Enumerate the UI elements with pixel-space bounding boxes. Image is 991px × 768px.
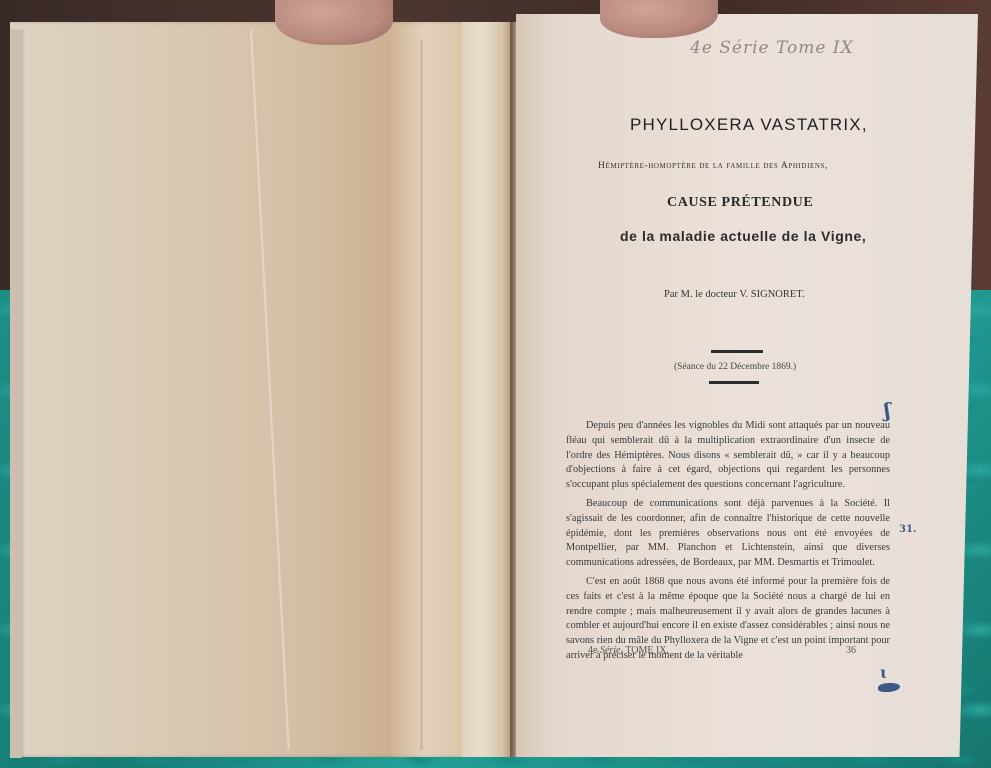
ink-mark: ɩ — [880, 663, 886, 682]
article-subtitle: Hémiptère-homoptère de la famille des Ap… — [598, 161, 828, 171]
cover-board-edge — [10, 30, 22, 758]
pencil-annotation: 4e Série Tome IX — [690, 38, 854, 58]
book-spine-paper — [462, 22, 512, 757]
article-subheading: de la maladie actuelle de la Vigne, — [620, 228, 866, 244]
tome-label: TOME IX. — [625, 645, 669, 656]
article-title: PHYLLOXERA VASTATRIX, — [630, 115, 868, 135]
page-footer-series: 4e Série, TOME IX. — [588, 645, 669, 656]
ink-mark: 31. — [899, 524, 916, 535]
series-word: Série, — [600, 645, 623, 656]
finger-holding-book — [275, 0, 393, 45]
divider-rule-top — [711, 350, 763, 353]
article-heading: CAUSE PRÉTENDUE — [667, 195, 813, 211]
session-date: (Séance du 22 Décembre 1869.) — [674, 362, 796, 372]
page-number: 36 — [846, 645, 856, 656]
left-inside-cover — [10, 22, 515, 757]
divider-rule-bottom — [709, 381, 759, 384]
paragraph: Depuis peu d'années les vignobles du Mid… — [566, 419, 890, 493]
series-number: 4e — [588, 645, 597, 656]
ink-mark: ʃ — [884, 398, 891, 422]
paper-crease — [420, 40, 423, 750]
paragraph: Beaucoup de communications sont déjà par… — [566, 497, 890, 571]
article-body: Depuis peu d'années les vignobles du Mid… — [566, 419, 890, 668]
article-author: Par M. le docteur V. SIGNORET. — [664, 289, 805, 300]
